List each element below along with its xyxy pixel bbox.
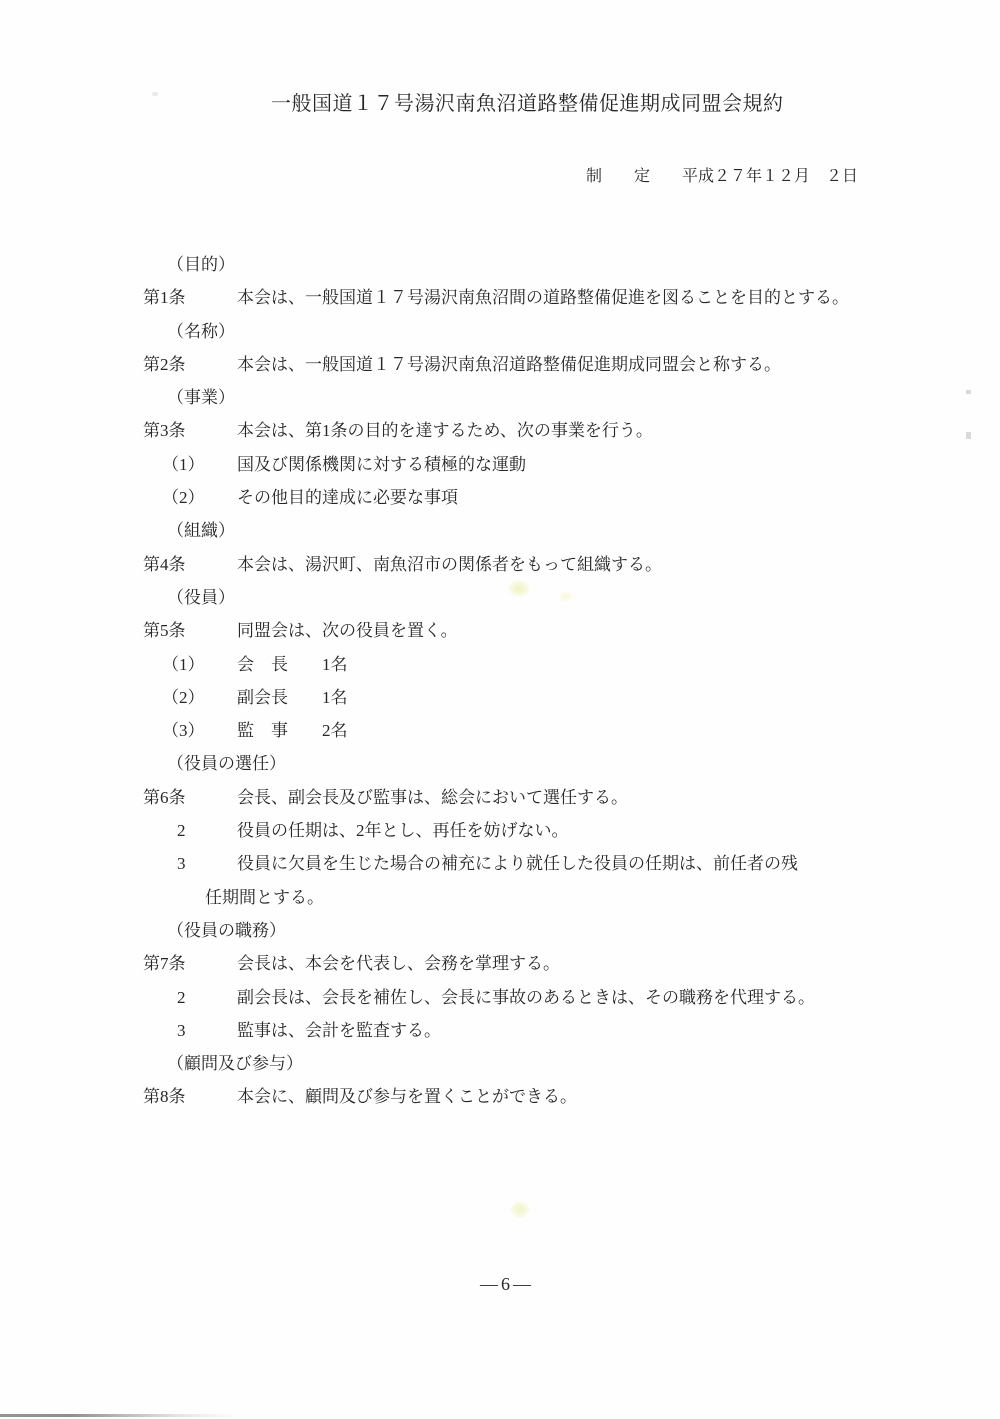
document-title: 一般国道１７号湯沢南魚沼道路整備促進期成同盟会規約 <box>271 91 784 118</box>
section-heading: （目的） <box>0 248 1000 281</box>
line-text: 会長は、本会を代表し、会務を掌理する。 <box>237 954 560 973</box>
article-line: 第5条同盟会は、次の役員を置く。 <box>0 614 1000 647</box>
section-heading: （顧問及び参与） <box>0 1047 1000 1080</box>
scanned-document-page: 一般国道１７号湯沢南魚沼道路整備促進期成同盟会規約 制 定 平成２７年１２月 ２… <box>0 0 1000 1419</box>
line-number: 2 <box>177 814 237 847</box>
line-text: 本会に、顧問及び参与を置くことができる。 <box>237 1087 577 1106</box>
section-heading: （名称） <box>0 315 1000 348</box>
enactment-date-line: 制 定 平成２７年１２月 ２日 <box>586 166 858 188</box>
item-line: （2）その他目的達成に必要な事項 <box>0 481 1000 514</box>
line-number: 第1条 <box>143 281 237 314</box>
section-heading: （役員） <box>0 581 1000 614</box>
sub-paragraph-line: 2副会長は、会長を補佐し、会長に事故のあるときは、その職務を代理する。 <box>0 981 1000 1014</box>
line-text: 役員に欠員を生じた場合の補充により就任した役員の任期は、前任者の残 <box>237 854 798 873</box>
article-line: 第8条本会に、顧問及び参与を置くことができる。 <box>0 1080 1000 1113</box>
line-number: 第2条 <box>143 348 237 381</box>
page-number: ―6― <box>480 1272 534 1296</box>
item-line: （3）監 事 2名 <box>0 714 1000 747</box>
line-number: （3） <box>162 714 237 747</box>
scanner-edge-line-artifact <box>0 1414 238 1417</box>
line-text: 会 長 1名 <box>237 655 348 674</box>
line-text: 副会長は、会長を補佐し、会長に事故のあるときは、その職務を代理する。 <box>237 988 815 1007</box>
line-text: （役員の選任） <box>167 754 286 773</box>
item-line: （2）副会長 1名 <box>0 681 1000 714</box>
line-text: 同盟会は、次の役員を置く。 <box>237 621 458 640</box>
article-line: 第7条会長は、本会を代表し、会務を掌理する。 <box>0 947 1000 980</box>
line-number: （2） <box>162 681 237 714</box>
sub-paragraph-line: 3役員に欠員を生じた場合の補充により就任した役員の任期は、前任者の残 <box>0 847 1000 880</box>
line-text: （事業） <box>167 388 235 407</box>
line-number: （1） <box>162 448 237 481</box>
line-text: 役員の任期は、2年とし、再任を妨げない。 <box>237 821 569 840</box>
line-text: 本会は、一般国道１７号湯沢南魚沼道路整備促進期成同盟会と称する。 <box>237 355 781 374</box>
article-line: 第6条会長、副会長及び監事は、総会において選任する。 <box>0 781 1000 814</box>
line-number: 第4条 <box>143 548 237 581</box>
line-text: 任期間とする。 <box>205 888 324 907</box>
line-number: （2） <box>162 481 237 514</box>
line-text: （役員） <box>167 588 235 607</box>
line-text: （目的） <box>167 255 235 274</box>
section-heading: （組織） <box>0 514 1000 547</box>
line-text: 副会長 1名 <box>237 688 348 707</box>
article-line: 第1条本会は、一般国道１７号湯沢南魚沼間の道路整備促進を図ることを目的とする。 <box>0 281 1000 314</box>
line-text: 国及び関係機関に対する積極的な運動 <box>237 455 526 474</box>
line-text: （名称） <box>167 322 235 341</box>
line-text: その他目的達成に必要な事項 <box>237 488 458 507</box>
line-number: 第3条 <box>143 414 237 447</box>
line-text: （役員の職務） <box>167 921 286 940</box>
section-heading: （役員の選任） <box>0 747 1000 780</box>
line-number: 3 <box>177 1014 237 1047</box>
section-heading: （役員の職務） <box>0 914 1000 947</box>
line-text: （組織） <box>167 521 235 540</box>
line-text: 監事は、会計を監査する。 <box>237 1021 441 1040</box>
line-number: 第6条 <box>143 781 237 814</box>
line-number: 第8条 <box>143 1080 237 1113</box>
line-number: 第7条 <box>143 947 237 980</box>
scan-speck-artifact <box>152 92 158 96</box>
line-number: 2 <box>177 981 237 1014</box>
article-line: 第2条本会は、一般国道１７号湯沢南魚沼道路整備促進期成同盟会と称する。 <box>0 348 1000 381</box>
sub-paragraph-line: 3監事は、会計を監査する。 <box>0 1014 1000 1047</box>
article-line: 第4条本会は、湯沢町、南魚沼市の関係者をもって組織する。 <box>0 548 1000 581</box>
section-heading: （事業） <box>0 381 1000 414</box>
sub-paragraph-line: 2役員の任期は、2年とし、再任を妨げない。 <box>0 814 1000 847</box>
line-number: 第5条 <box>143 614 237 647</box>
line-text: 本会は、湯沢町、南魚沼市の関係者をもって組織する。 <box>237 555 662 574</box>
line-text: （顧問及び参与） <box>167 1054 303 1073</box>
item-line: （1）会 長 1名 <box>0 648 1000 681</box>
line-number: 3 <box>177 847 237 880</box>
continuation-line: 任期間とする。 <box>0 881 1000 914</box>
line-number: （1） <box>162 648 237 681</box>
line-text: 本会は、一般国道１７号湯沢南魚沼間の道路整備促進を図ることを目的とする。 <box>237 288 849 307</box>
article-line: 第3条本会は、第1条の目的を達するため、次の事業を行う。 <box>0 414 1000 447</box>
document-body: （目的）第1条本会は、一般国道１７号湯沢南魚沼間の道路整備促進を図ることを目的と… <box>0 248 1000 1114</box>
line-text: 本会は、第1条の目的を達するため、次の事業を行う。 <box>237 421 653 440</box>
line-text: 監 事 2名 <box>237 721 348 740</box>
yellow-smudge-artifact <box>510 1201 530 1218</box>
line-text: 会長、副会長及び監事は、総会において選任する。 <box>237 788 628 807</box>
item-line: （1）国及び関係機関に対する積極的な運動 <box>0 448 1000 481</box>
